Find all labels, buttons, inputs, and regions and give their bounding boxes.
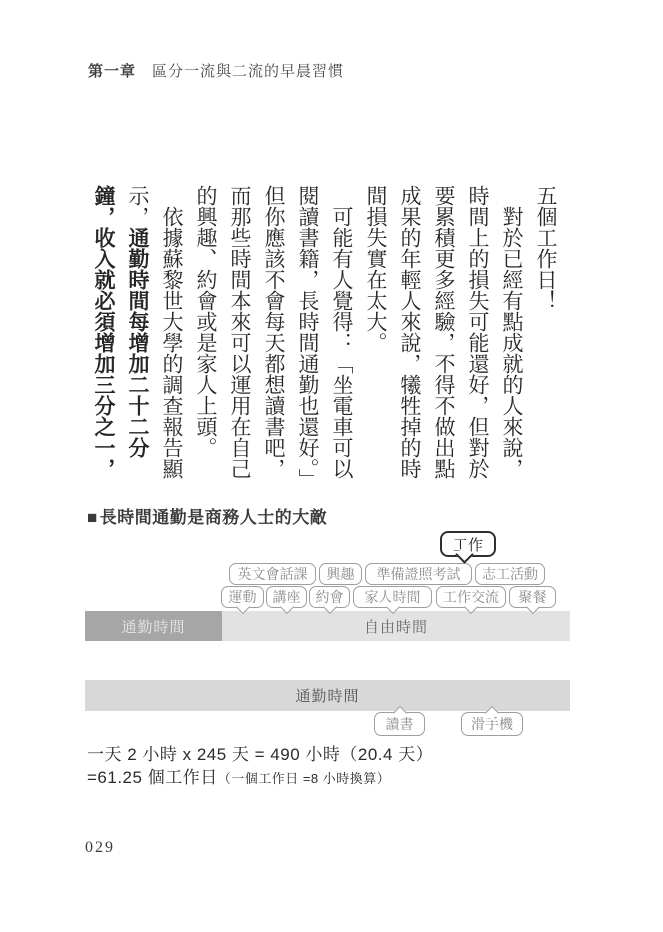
bubble-english-class: 英文會話課 [229, 563, 316, 585]
bubble-phone-scrolling: 滑手機 [461, 712, 523, 736]
workdays-formula: =61.25 個工作日（一個工作日 =8 小時換算） [87, 763, 390, 788]
paragraph: 五個工作日！ [529, 185, 563, 485]
bubble-reading: 讀書 [374, 712, 425, 736]
bubble-hobby: 興趣 [319, 563, 362, 585]
figure-title-text: 長時間通勤是商務人士的大敵 [100, 508, 328, 527]
free-time-segment: 自由時間 [222, 611, 570, 641]
bubble-lecture: 講座 [266, 586, 307, 608]
bubble-family-time: 家人時間 [353, 586, 432, 608]
page-number: 029 [85, 839, 115, 857]
body-text-vertical: 五個工作日！ 對於已經有點成就的人來說，時間上的損失可能還好，但對於要累積更多經… [84, 185, 563, 485]
bubble-exercise: 運動 [221, 586, 264, 608]
chapter-header: 第一章區分一流與二流的早晨習慣 [88, 60, 344, 81]
square-marker-icon: ■ [87, 508, 98, 527]
figure-title: ■長時間通勤是商務人士的大敵 [87, 503, 327, 528]
time-bar-top: 通勤時間 自由時間 [85, 611, 570, 641]
bubble-volunteer: 志工活動 [475, 563, 545, 585]
bubble-work-networking: 工作交流 [436, 586, 506, 608]
chapter-label: 第一章 [88, 64, 136, 80]
paragraph-text: 五個工作日！ [534, 185, 558, 311]
workdays-formula-note: （一個工作日 =8 小時換算） [218, 771, 391, 786]
paragraph: 依據蘇黎世大學的調查報告顯示，通勤時間每增加二十二分鐘，收入就必須增加三分之一， [87, 185, 189, 485]
bubble-dinner-party: 聚餐 [509, 586, 556, 608]
paragraph-text-emphasis: 通勤時間每增加二十二分鐘，收入就必須增加三分之一， [92, 185, 150, 479]
paragraph: 對於已經有點成就的人來說，時間上的損失可能還好，但對於要累積更多經驗，不得不做出… [359, 185, 529, 485]
bubble-label: 興趣 [327, 564, 355, 584]
time-bar-bottom-commute: 通勤時間 [85, 680, 570, 711]
bubble-license-exam: 準備證照考試 [365, 563, 472, 585]
chapter-title: 區分一流與二流的早晨習慣 [152, 64, 344, 80]
bubble-label: 準備證照考試 [377, 564, 461, 584]
commute-time-segment: 通勤時間 [85, 611, 222, 641]
paragraph-text: 對於已經有點成就的人來說，時間上的損失可能還好，但對於要累積更多經驗，不得不做出… [364, 185, 524, 479]
commute-hours-formula: 一天 2 小時 x 245 天 = 490 小時（20.4 天） [87, 740, 433, 765]
bubble-work: 工作 [440, 531, 496, 557]
paragraph: 可能有人覺得：「坐電車可以閱讀書籍，長時間通勤也還好。」但你應該不會每天都想讀書… [189, 185, 359, 485]
bubble-label: 志工活動 [482, 564, 538, 584]
bubble-label: 英文會話課 [238, 564, 308, 584]
bubble-date: 約會 [309, 586, 350, 608]
workdays-formula-main: =61.25 個工作日 [87, 768, 218, 787]
paragraph-text: 可能有人覺得：「坐電車可以閱讀書籍，長時間通勤也還好。」但你應該不會每天都想讀書… [194, 185, 354, 479]
